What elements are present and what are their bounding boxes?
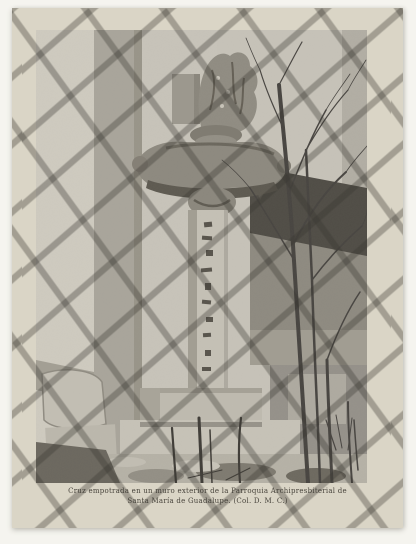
photo-caption: Cruz empotrada en un muro exterior de la… [12, 487, 403, 506]
caption-line-2: Santa María de Guadalupe. (Col. D. M. C.… [12, 497, 403, 507]
halftone-grain [36, 30, 367, 483]
photo-illustration [36, 30, 367, 483]
caption-line-1: Cruz empotrada en un muro exterior de la… [12, 487, 403, 497]
photograph-plate [36, 30, 367, 483]
backdrop: Cruz empotrada en un muro exterior de la… [0, 0, 416, 544]
book-page: Cruz empotrada en un muro exterior de la… [12, 8, 403, 528]
